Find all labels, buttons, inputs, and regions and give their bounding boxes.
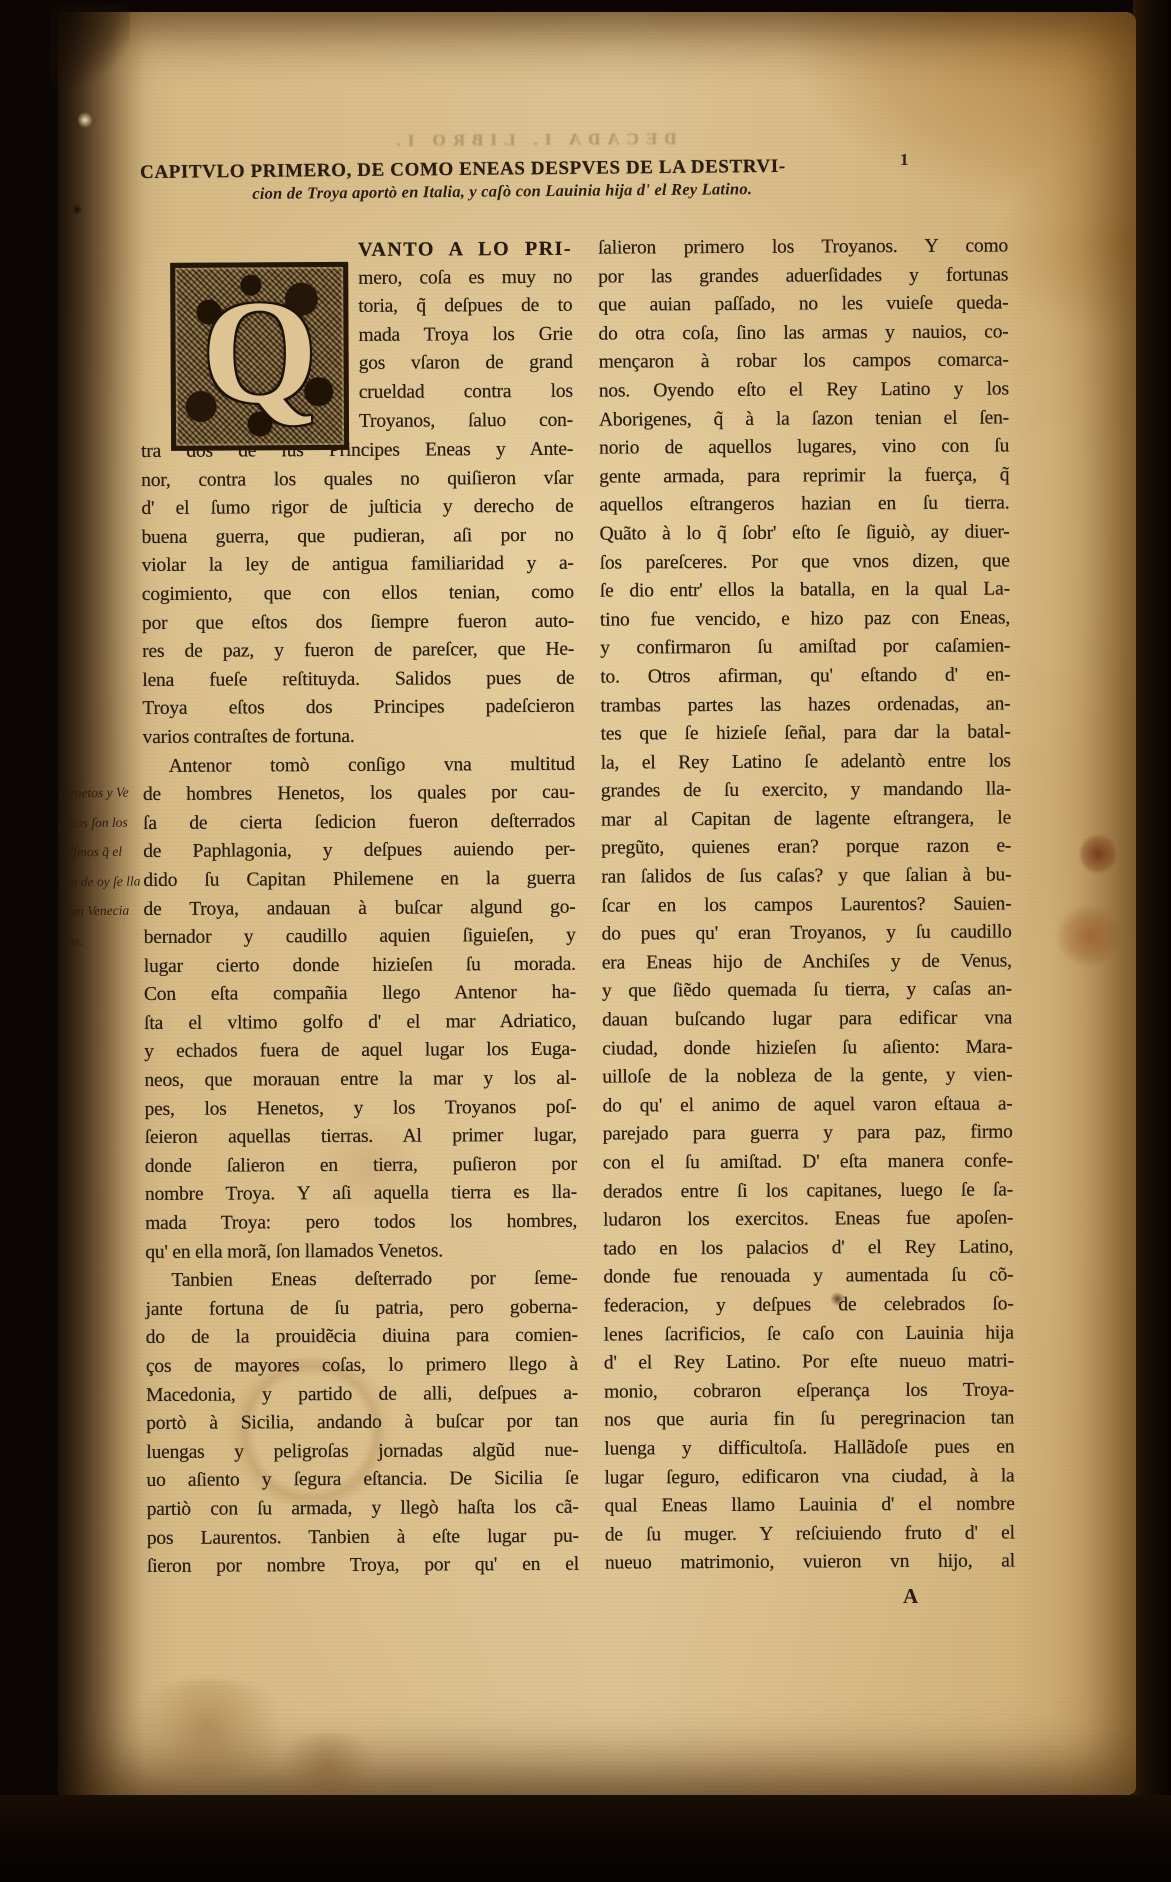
text-line: uo aſiento y ſegura eſtancia. De Sicilia… [146, 1465, 578, 1496]
text-line: d' el ſumo rigor de juſticia y derecho d… [141, 493, 573, 524]
drop-cap-letter: Q [202, 278, 318, 427]
text-line: ços de mayores coſas, lo primero llego à [146, 1351, 578, 1382]
text-line: toria, q̃ deſpues de to [358, 292, 572, 322]
stain [1058, 907, 1120, 965]
text-line: de Paphlagonia, y deſpues auiendo per- [143, 836, 575, 867]
text-line: luenga y difficultoſa. Hallãdoſe pues en [604, 1433, 1014, 1464]
text-line: Macedonia, y partido de alli, deſpues a- [146, 1379, 578, 1410]
column-left: Q VANTO A LO PRI-mero, coſa es muy notor… [140, 235, 579, 1582]
text-line: monio, cobraron eſperança los Troya- [604, 1376, 1014, 1407]
text-line: do pues qu' eran Troyanos, y ſu caudillo [602, 919, 1012, 950]
text-line: tino fue vencido, e hizo paz con Eneas, [600, 604, 1010, 635]
stain [273, 1734, 383, 1792]
text-line: lena fueſe reſtituyda. Salidos pues de [142, 664, 574, 695]
opening-lines: VANTO A LO PRI-mero, coſa es muy notoria… [358, 235, 573, 436]
text-line: de Troya, andauan à buſcar algund go- [143, 893, 575, 924]
margin-note: Henetos y Venetos ſon losmiſmos q̃ eldia… [59, 777, 143, 955]
margin-note-line: Henetos y Ve [59, 777, 141, 808]
text-line: de ſu muger. Y reſciuiendo fruto d' el [605, 1519, 1015, 1550]
text-line: ciudad, donde hizieſen ſu aſiento: Mara- [602, 1033, 1012, 1064]
text-line: ſeieron aquellas tierras. Al primer luga… [145, 1122, 577, 1153]
text-line: res de paz, y fueron de pareſcer, que He… [142, 636, 574, 667]
book-fore-edge [1133, 0, 1171, 1882]
text-line: gente armada, para reprimir la fuerça, q… [599, 461, 1009, 492]
text-line: donde ſalieron en tierra, puſieron por [145, 1151, 577, 1182]
text-line: era Eneas hijo de Anchiſes y de Venus, [602, 947, 1012, 978]
text-line: Troyanos, ſaluo con- [359, 406, 573, 436]
text-line: Tanbien Eneas deſterrado por ſeme- [145, 1265, 577, 1296]
text-line: cogimiento, que con ellos tenian, como [142, 579, 574, 610]
column-right-lines: ſalieron primero los Troyanos. Y comopor… [598, 232, 1015, 1578]
text-line: que auian paſſado, no les vuieſe queda- [598, 290, 1008, 321]
text-line: y echados fuera de aquel lugar los Euga- [144, 1036, 576, 1067]
text-line: ſa de cierta ſedicion fueron deſterrados [143, 807, 575, 838]
text-line: nos que auria fin ſu peregrinacion tan [604, 1405, 1014, 1436]
text-line: federacion, y deſpues de celebrados ſo- [604, 1290, 1014, 1321]
text-line: grandes de ſu exercito, y mandando lla- [601, 776, 1011, 807]
text-line: uilloſe de la nobleza de la gente, y vie… [602, 1062, 1012, 1093]
text-line: jante fortuna de ſu patria, pero goberna… [146, 1294, 578, 1325]
text-line: do otra coſa, ſino las armas y nauios, c… [598, 318, 1008, 349]
text-line: por las grandes aduerſidades y fortunas [598, 261, 1008, 292]
text-line: ludaron los exercitos. Eneas fue apoſen- [603, 1205, 1013, 1236]
text-line: dauan buſcando lugar para edificar vna [602, 1004, 1012, 1035]
text-line: dido ſu Capitan Philemene en la guerra [143, 865, 575, 896]
page: DECADA I. LIBRO I. 1 CAPITVLO PRIMERO, D… [58, 12, 1136, 1795]
text-line: ſieron por nombre Troya, por qu' en el [147, 1551, 579, 1582]
text-line: tado en los palacios d' el Rey Latino, [603, 1233, 1013, 1264]
text-line: pos Laurentos. Tanbien à eſte lugar pu- [147, 1522, 579, 1553]
signature-mark: A [903, 1584, 918, 1609]
margin-note-line: nos. [61, 925, 143, 956]
woodcut-initial: Q [170, 262, 349, 451]
text-line: ſe dio entr' ellos la batalla, en la qua… [600, 576, 1010, 607]
text-line: to. Otros afirman, qu' eſtando d' en- [600, 661, 1010, 692]
text-line: mar al Capitan de lagente eſtrangera, le [601, 804, 1011, 835]
text-line: crueldad contra los [359, 378, 573, 408]
stain [1080, 834, 1116, 874]
column-right: ſalieron primero los Troyanos. Y comopor… [598, 232, 1015, 1579]
text-line: Troya eſtos dos Principes padeſcieron [142, 693, 574, 724]
text-line: mada Troya: pero todos los hombres, [145, 1208, 577, 1239]
opening-block: Q VANTO A LO PRI-mero, coſa es muy notor… [140, 235, 573, 438]
text-line: tes que ſe hizieſe ſeñal, para dar la ba… [601, 719, 1011, 750]
text-line: ſalieron primero los Troyanos. Y como [598, 232, 1008, 263]
stain [118, 1680, 298, 1775]
text-line: norio de aquellos lugares, vino con ſu [599, 433, 1009, 464]
margin-note-line: nam Venecia [60, 895, 142, 926]
text-line: ran ſalidos de ſus caſas? y que ſalian à… [601, 862, 1011, 893]
text-line: qual Eneas llamo Lauinia d' el nombre [605, 1491, 1015, 1522]
text-line: lenes ſacrificios, ſe caſo con Lauinia h… [604, 1319, 1014, 1350]
scan-bottom-border [0, 1795, 1171, 1882]
book-scan: DECADA I. LIBRO I. 1 CAPITVLO PRIMERO, D… [0, 0, 1171, 1882]
text-line: nor, contra los quales no quiſieron vſar [141, 464, 573, 495]
text-line: ſta el vltimo golfo d' el mar Adriatico, [144, 1008, 576, 1039]
text-line: buena guerra, que pudieran, aſi por no [142, 522, 574, 553]
text-line: varios contraſtes de fortuna. [143, 722, 575, 753]
column-left-lines: tra dos de ſus Principes Eneas y Ante-no… [141, 436, 579, 1582]
text-line: violar la ley de antigua familiaridad y … [142, 550, 574, 581]
text-line: mençaron à robar los campos comarca- [599, 347, 1009, 378]
text-line: Aborigenes, q̃ à la ſazon tenian el ſen- [599, 404, 1009, 435]
text-line: portò à Sicilia, andando à buſcar por ta… [146, 1408, 578, 1439]
text-line: lugar cierto donde hizieſen ſu morada. [144, 950, 576, 981]
text-line: y que ſiẽdo quemada ſu tierra, y caſas a… [602, 976, 1012, 1007]
text-line: gos vſaron de grand [359, 349, 573, 379]
text-line: aquellos eſtrangeros hazian en ſu tierra… [599, 490, 1009, 521]
text-line: qu' en ella morã, ſon llamados Venetos. [145, 1236, 577, 1267]
bleedthrough-text: DECADA I. LIBRO I. [208, 128, 858, 153]
text-line: derados entre ſi los capitanes, luego ſe… [603, 1176, 1013, 1207]
text-line: de hombres Henetos, los quales por cau- [143, 779, 575, 810]
text-block: Q VANTO A LO PRI-mero, coſa es muy notor… [140, 232, 1015, 1581]
margin-note-line: miſmos q̃ el [60, 836, 142, 867]
text-line: partiò con ſu armada, y llegò haſta los … [147, 1494, 579, 1525]
text-line: lugar ſeguro, edificaron vna ciudad, à l… [604, 1462, 1014, 1493]
text-line: la, el Rey Latino ſe adelantò entre los [601, 747, 1011, 778]
text-line: Con eſta compañia llego Antenor ha- [144, 979, 576, 1010]
text-line: neos, que morauan entre la mar y los al- [144, 1065, 576, 1096]
text-line: d' el Rey Latino. Por eſte nueuo matri- [604, 1348, 1014, 1379]
text-line: pregũto, quienes eran? porque razon e- [601, 833, 1011, 864]
text-line: do de la prouidẽcia diuina para comien- [146, 1322, 578, 1353]
text-line: VANTO A LO PRI- [358, 235, 572, 265]
text-line: con el ſu amiſtad. D' eſta manera confe- [603, 1147, 1013, 1178]
text-line: pes, los Henetos, y los Troyanos poſ- [144, 1093, 576, 1124]
text-line: trambas partes las hazes ordenadas, an- [600, 690, 1010, 721]
text-line: ſos pareſceres. Por que vnos dizen, que [600, 547, 1010, 578]
text-line: ſcar en los campos Laurentos? Sauien- [601, 890, 1011, 921]
chapter-heading: CAPITVLO PRIMERO, DE COMO ENEAS DESPVES … [140, 154, 940, 205]
text-line: bernador y caudillo aquien ſiguieſen, y [144, 922, 576, 953]
text-line: Quãto à lo q̃ ſobr' eſto ſe ſiguiò, ay d… [599, 518, 1009, 549]
text-line: mero, coſa es muy no [358, 263, 572, 293]
text-line: luengas y peligroſas jornadas algũd nue- [146, 1437, 578, 1468]
text-line: donde fue renouada y aumentada ſu cõ- [603, 1262, 1013, 1293]
text-line: por que eſtos dos ſiempre fueron auto- [142, 607, 574, 638]
text-line: parejado para guerra y para paz, firmo [603, 1119, 1013, 1150]
text-line: nueuo matrimonio, vuieron vn hijo, al [605, 1548, 1015, 1579]
text-line: nos. Oyendo eſto el Rey Latino y los [599, 375, 1009, 406]
margin-note-line: netos ſon los [59, 807, 141, 838]
text-line: y confirmaron ſu amiſtad por caſamien- [600, 633, 1010, 664]
margin-note-line: dia de oy ſe lla [60, 866, 142, 897]
text-line: mada Troya los Grie [358, 321, 572, 351]
text-line: Antenor tomò conſigo vna multitud [143, 750, 575, 781]
text-line: nombre Troya. Y aſi aquella tierra es ll… [145, 1179, 577, 1210]
text-line: do qu' el animo de aquel varon eſtaua a- [602, 1090, 1012, 1121]
